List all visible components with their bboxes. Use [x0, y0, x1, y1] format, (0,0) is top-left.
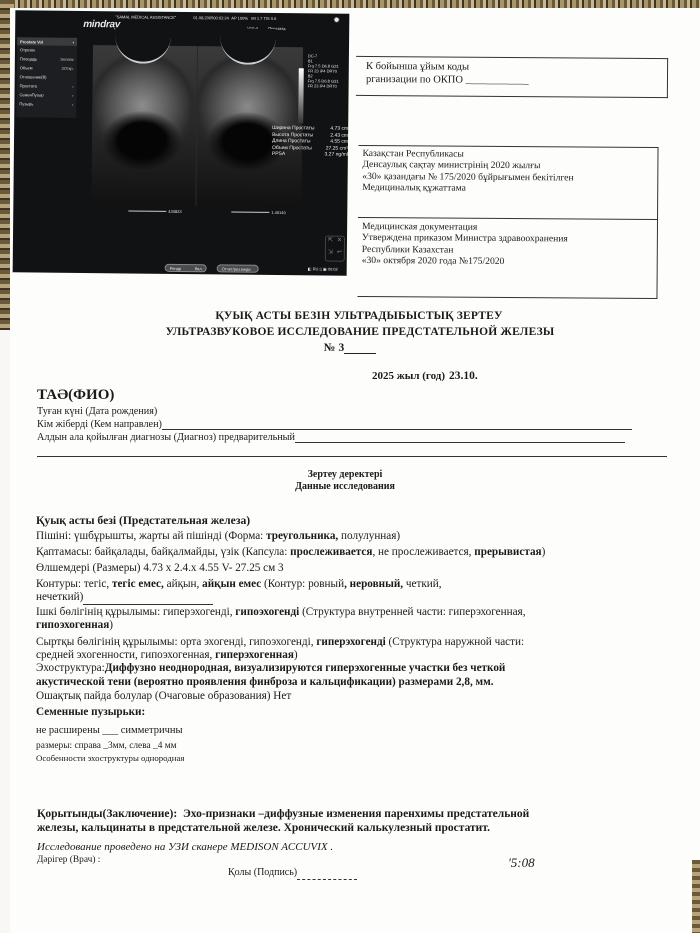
network-icon: ◧: [308, 266, 312, 271]
birth-date-field: Туған күні (Дата рождения): [37, 406, 157, 417]
prostate-heading: Қуық асты безі (Предстательная железа): [36, 514, 250, 528]
scanner-info: Исследование проведено на УЗИ сканере ME…: [37, 841, 333, 855]
render-toggle-button[interactable]: Рендр Вкл: [165, 264, 207, 272]
okpo-box: К бойынша ұйым коды рганизации по ОКПО _…: [356, 56, 668, 98]
system-tray: ◧ RU ▯ ▣ 00:02: [308, 266, 338, 271]
trash-icon: ▯: [319, 266, 321, 271]
prostate-outer-structure: Сыртқы бөлігінің құрылымы: орта эхогенді…: [36, 636, 524, 650]
measurement-row: PPSA3.27 ng/ml: [272, 151, 350, 158]
monitor-icon: ▣: [323, 266, 327, 271]
title-kz: ҚУЫҚ АСТЫ БЕЗІН УЛЬТРАДЫБЫСТЫҚ ЗЕРТЕУ: [214, 310, 504, 322]
grayscale-bar: [298, 68, 304, 123]
ultrasound-printout: mindray "SAMAL MEDICAL ASSISTANCE" 01.08…: [13, 10, 350, 275]
measurement-menu: Prostate Vol ▪ Отрезок ПлощадьЭллипс Объ…: [16, 37, 77, 118]
conclusion-line1: Қорытынды(Заключение): Эхо-признаки –диф…: [37, 808, 529, 822]
background-texture-right: [692, 860, 700, 933]
patient-name-label: ТАӘ(ФИО): [37, 387, 114, 404]
close-icon[interactable]: ✕: [335, 237, 344, 249]
approval-kz: Казақстан Республикасы Денсаулық сақтау …: [358, 146, 657, 220]
doctor-label: Дәрігер (Врач) :: [37, 854, 100, 868]
section-header-kz: Зертеу деректері: [245, 469, 445, 480]
scan-date: 01.08.2005: [193, 15, 213, 20]
prostate-contour-cont: нечеткий): [36, 591, 213, 605]
prostate-capsule: Қаптамасы: байқалады, байқалмайды, үзік …: [36, 546, 545, 560]
menu-pin-icon: ▪: [73, 40, 74, 44]
probe-footprint-right: [220, 28, 276, 65]
ultrasound-header: mindray "SAMAL MEDICAL ASSISTANCE" 01.08…: [15, 10, 349, 39]
institution-name: "SAMAL MEDICAL ASSISTANCE": [115, 14, 176, 20]
prostate-inner-structure: Ішкі бөлігінің құрылымы: гиперэхогенді, …: [36, 606, 526, 620]
conclusion-line2: железы, кальцинаты в предстательной желе…: [37, 822, 490, 836]
menu-item: Пузырь›: [16, 99, 76, 109]
title-ru: УЛЬТРАЗВУКОВОЕ ИССЛЕДОВАНИЕ ПРЕДСТАТЕЛЬН…: [155, 326, 565, 338]
preliminary-diagnosis-field: Алдын ала қойылған диагнозы (Диагноз) пр…: [37, 432, 625, 443]
scan-time: 00:02:24: [213, 15, 229, 20]
measurement-results: Ширина Простаты4.73 cm Высота Простаты2.…: [272, 125, 350, 158]
report-number: № 3: [300, 342, 400, 354]
seminal-echostructure: Особенности эхоструктуры однородная: [36, 752, 184, 766]
section-header-ru: Данные исследования: [245, 481, 445, 492]
prostate-size: Өлшемдері (Размеры) 4.73 х 2.4.х 4.55 V-…: [36, 562, 284, 576]
signature-field: Қолы (Подпись): [228, 866, 357, 880]
referred-by-field: Кім жіберді (Кем направлен): [37, 419, 632, 430]
seminal-heading: Семенные пузырьки:: [36, 706, 145, 720]
report-date: 2025 жыл (год)23.10.: [372, 370, 478, 382]
image-controls: ⇱ ✕ ⇲ ↩: [325, 236, 345, 262]
prostate-contour: Контуры: тегіс, тегіс емес, айқын, айқын…: [36, 578, 442, 592]
approval-box: Казақстан Республикасы Денсаулық сақтау …: [357, 145, 658, 299]
acoustic-power: AP 100%: [231, 16, 248, 21]
gear-icon: ✹: [333, 16, 340, 25]
depth-ruler-right: 1.40140: [231, 209, 286, 216]
prostate-echostructure: Эхоструктура:Диффузно неоднородная, визу…: [36, 662, 505, 676]
approval-ru: Медицинская документация Утверждена прик…: [358, 218, 657, 268]
undo-icon[interactable]: ↩: [335, 249, 344, 261]
handwritten-time: '5:08: [508, 856, 535, 870]
depth-ruler-left: 430823: [128, 207, 181, 214]
report-button[interactable]: Отчет/рез.меди: [217, 264, 259, 272]
seminal-dilation: не расширены ___ симметричны: [36, 724, 183, 738]
prostate-focal-lesions: Ошақтық пайда болулар (Очаговые образова…: [36, 690, 291, 704]
mechanical-index: MI 1.7 TIS 0.6: [251, 16, 276, 21]
collapse-icon[interactable]: ⇲: [326, 249, 335, 261]
probe-footprint-left: [115, 27, 171, 64]
imaging-parameters: DC-7 B1 Frq 7.5 D6.8 G31 FR 23 iP4 DR70 …: [308, 53, 348, 88]
expand-icon[interactable]: ⇱: [326, 237, 335, 249]
okpo-field[interactable]: ____________: [466, 75, 529, 86]
prostate-shape: Пішіні: үшбұрышты, жарты ай пішінді (Фор…: [36, 530, 400, 544]
